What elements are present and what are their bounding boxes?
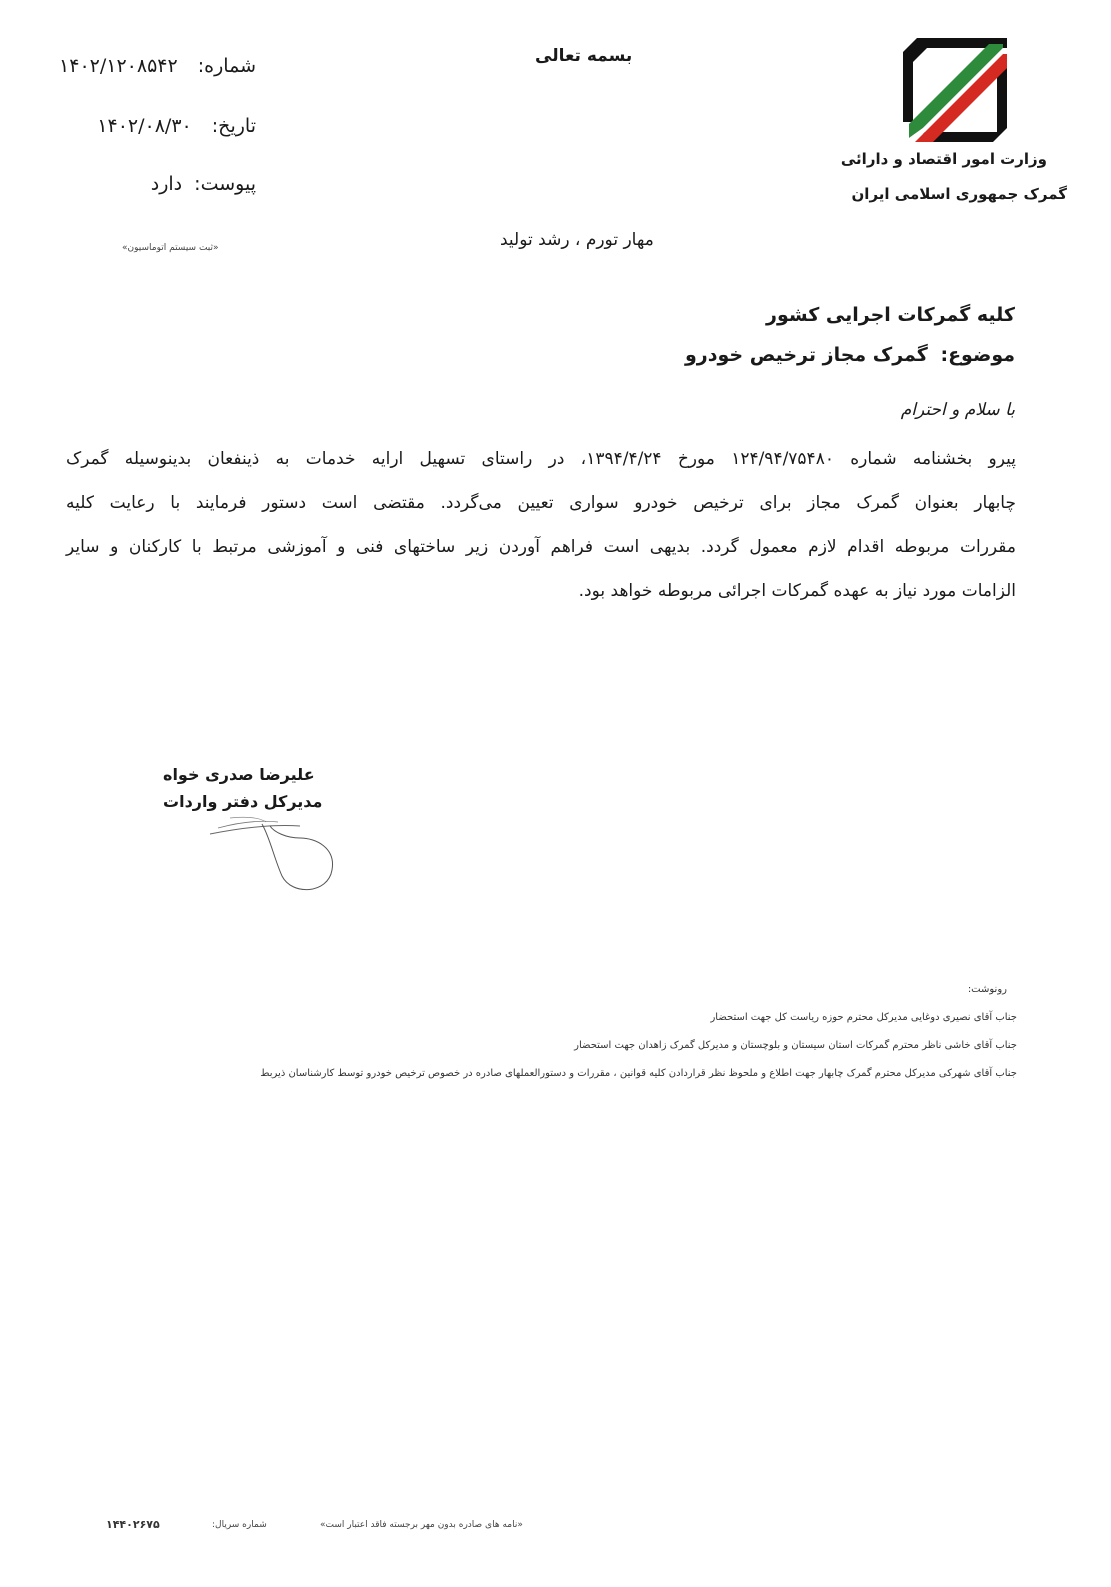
letter-body: پیرو بخشنامه شماره ۱۲۴/۹۴/۷۵۴۸۰ مورخ ۱۳۹…: [66, 437, 1016, 613]
invocation-heading: بسمه تعالی: [535, 46, 632, 66]
cc-title: رونوشت:: [968, 984, 1007, 995]
signer-name: علیرضا صدری خواه: [163, 765, 315, 784]
addressee: کلیه گمرکات اجرایی کشور: [766, 304, 1015, 326]
serial-number: ۱۴۴۰۲۶۷۵: [106, 1518, 160, 1531]
letter-number: شماره: ۱۴۰۲/۱۲۰۸۵۴۲: [59, 55, 256, 77]
letter-number-label: شماره:: [198, 55, 256, 77]
ministry-name: وزارت امور اقتصاد و دارائی: [841, 150, 1047, 168]
year-slogan: مهار تورم ، رشد تولید: [500, 230, 654, 250]
footer-validity-note: «نامه های صادره بدون مهر برجسته فاقد اعت…: [320, 1520, 523, 1530]
serial-label: شماره سریال:: [212, 1520, 267, 1530]
letter-date-label: تاریخ:: [212, 115, 256, 137]
subject-line: موضوع: گمرک مجاز ترخیص خودرو: [685, 344, 1015, 366]
handwritten-signature-icon: [200, 808, 340, 898]
body-line: چابهار بعنوان گمرک مجاز برای ترخیص خودرو…: [66, 481, 1016, 525]
greeting: با سلام و احترام: [901, 400, 1015, 420]
signature: [200, 808, 340, 898]
letter-attachment-label: پیوست:: [194, 173, 256, 195]
letter-attachment: پیوست: دارد: [151, 173, 256, 195]
letter-date-value: ۱۴۰۲/۰۸/۳۰: [97, 115, 191, 137]
subject-value: گمرک مجاز ترخیص خودرو: [685, 344, 928, 366]
letter-attachment-value: دارد: [151, 173, 182, 195]
letter-number-value: ۱۴۰۲/۱۲۰۸۵۴۲: [59, 55, 178, 77]
cc-line: جناب آقای نصیری دوغایی مدیرکل محترم حوزه…: [710, 1012, 1017, 1023]
cc-line: جناب آقای شهرکی مدیرکل محترم گمرک چابهار…: [260, 1068, 1017, 1079]
iran-customs-logo-icon: [903, 38, 1007, 142]
customs-name: گمرک جمهوری اسلامی ایران: [852, 185, 1068, 203]
body-line: مقررات مربوطه اقدام لازم معمول گردد. بدی…: [66, 525, 1016, 569]
automation-system-note: «ثبت سیستم اتوماسیون»: [122, 243, 219, 253]
body-line: الزامات مورد نیاز به عهده گمرکات اجرائی …: [66, 569, 1016, 613]
letter-date: تاریخ: ۱۴۰۲/۰۸/۳۰: [97, 115, 256, 137]
body-line: پیرو بخشنامه شماره ۱۲۴/۹۴/۷۵۴۸۰ مورخ ۱۳۹…: [66, 437, 1016, 481]
organization-logo: [903, 38, 1007, 142]
subject-label: موضوع:: [940, 344, 1015, 366]
cc-line: جناب آقای خاشی ناظر محترم گمرکات استان س…: [574, 1040, 1017, 1051]
